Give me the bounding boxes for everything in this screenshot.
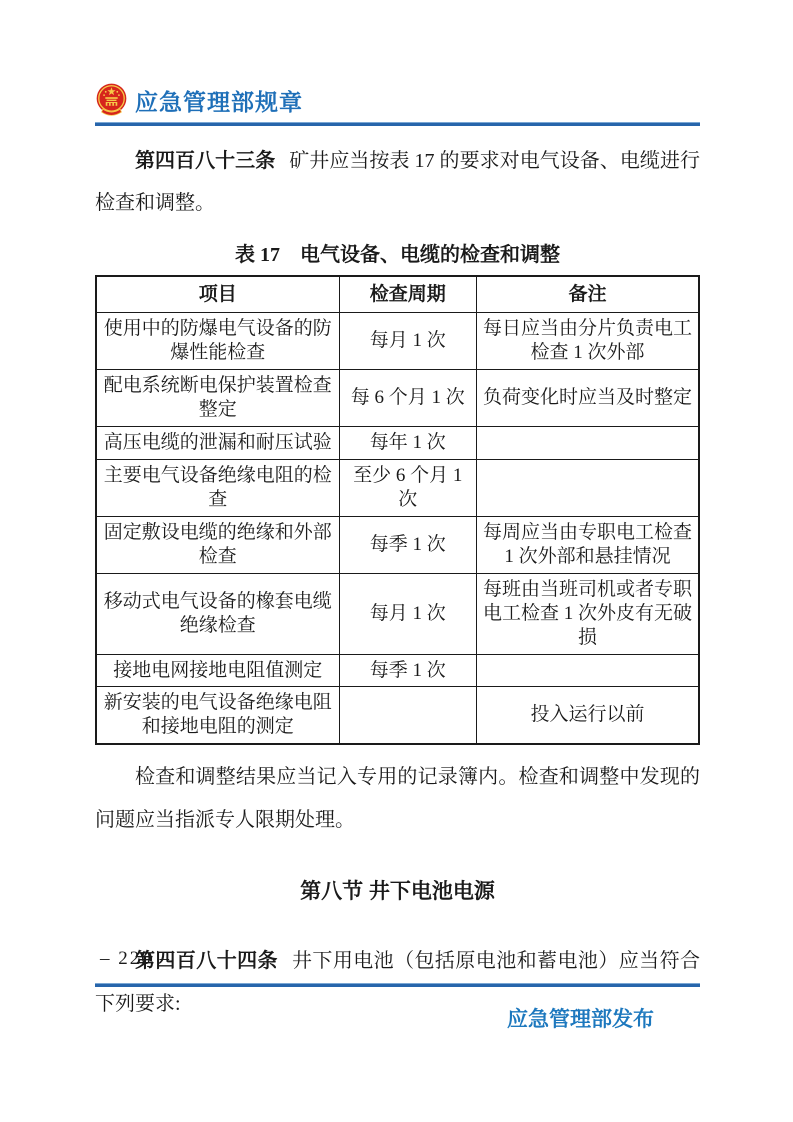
col-header-period: 检查周期 xyxy=(339,276,476,313)
cell-remarks: 负荷变化时应当及时整定 xyxy=(476,370,699,427)
page-header: 应急管理部规章 xyxy=(95,82,303,119)
table-row: 移动式电气设备的橡套电缆绝缘检查 每月 1 次 每班由当班司机或者专职电工检查 … xyxy=(96,573,699,654)
col-header-item: 项目 xyxy=(96,276,339,313)
footer-rule xyxy=(95,983,700,987)
cell-item: 高压电缆的泄漏和耐压试验 xyxy=(96,427,339,460)
header-rule xyxy=(95,122,700,126)
cell-period: 至少 6 个月 1 次 xyxy=(339,459,476,516)
cell-remarks: 投入运行以前 xyxy=(476,687,699,744)
cell-period: 每年 1 次 xyxy=(339,427,476,460)
cell-period: 每月 1 次 xyxy=(339,573,476,654)
document-page: 应急管理部规章 第四百八十三条矿井应当按表 17 的要求对电气设备、电缆进行检查… xyxy=(0,0,793,1122)
article-483-paragraph: 第四百八十三条矿井应当按表 17 的要求对电气设备、电缆进行检查和调整。 xyxy=(95,140,700,225)
cell-remarks: 每日应当由分片负责电工检查 1 次外部 xyxy=(476,313,699,370)
col-header-remarks: 备注 xyxy=(476,276,699,313)
cell-remarks: 每班由当班司机或者专职电工检查 1 次外皮有无破损 xyxy=(476,573,699,654)
table-row: 主要电气设备绝缘电阻的检查 至少 6 个月 1 次 xyxy=(96,459,699,516)
cell-item: 移动式电气设备的橡套电缆绝缘检查 xyxy=(96,573,339,654)
table-caption: 表 17 电气设备、电缆的检查和调整 xyxy=(95,238,700,267)
cell-item: 配电系统断电保护装置检查整定 xyxy=(96,370,339,427)
china-national-emblem-icon xyxy=(95,82,128,119)
cell-period xyxy=(339,687,476,744)
cell-period: 每 6 个月 1 次 xyxy=(339,370,476,427)
cell-item: 接地电网接地电阻值测定 xyxy=(96,654,339,687)
cell-item: 新安装的电气设备绝缘电阻和接地电阻的测定 xyxy=(96,687,339,744)
section-heading: 第八节 井下电池电源 xyxy=(95,875,700,905)
cell-period: 每月 1 次 xyxy=(339,313,476,370)
cell-period: 每季 1 次 xyxy=(339,654,476,687)
cell-remarks xyxy=(476,459,699,516)
table-row: 配电系统断电保护装置检查整定 每 6 个月 1 次 负荷变化时应当及时整定 xyxy=(96,370,699,427)
after-table-paragraph: 检查和调整结果应当记入专用的记录簿内。检查和调整中发现的问题应当指派专人限期处理… xyxy=(95,756,700,841)
inspection-table: 项目 检查周期 备注 使用中的防爆电气设备的防爆性能检查 每月 1 次 每日应当… xyxy=(95,275,700,746)
document-body: 第四百八十三条矿井应当按表 17 的要求对电气设备、电缆进行检查和调整。 表 1… xyxy=(95,140,700,1025)
page-number: – 220 – xyxy=(100,948,171,970)
footer-publisher: 应急管理部发布 xyxy=(95,1003,700,1033)
cell-period: 每季 1 次 xyxy=(339,516,476,573)
table-row: 固定敷设电缆的绝缘和外部检查 每季 1 次 每周应当由专职电工检查 1 次外部和… xyxy=(96,516,699,573)
cell-remarks xyxy=(476,654,699,687)
table-row: 接地电网接地电阻值测定 每季 1 次 xyxy=(96,654,699,687)
cell-remarks: 每周应当由专职电工检查 1 次外部和悬挂情况 xyxy=(476,516,699,573)
table-header-row: 项目 检查周期 备注 xyxy=(96,276,699,313)
table-row: 高压电缆的泄漏和耐压试验 每年 1 次 xyxy=(96,427,699,460)
cell-remarks xyxy=(476,427,699,460)
cell-item: 主要电气设备绝缘电阻的检查 xyxy=(96,459,339,516)
cell-item: 固定敷设电缆的绝缘和外部检查 xyxy=(96,516,339,573)
table-row: 使用中的防爆电气设备的防爆性能检查 每月 1 次 每日应当由分片负责电工检查 1… xyxy=(96,313,699,370)
cell-item: 使用中的防爆电气设备的防爆性能检查 xyxy=(96,313,339,370)
article-483-label: 第四百八十三条 xyxy=(135,150,275,172)
header-title: 应急管理部规章 xyxy=(135,84,303,117)
table-row: 新安装的电气设备绝缘电阻和接地电阻的测定 投入运行以前 xyxy=(96,687,699,744)
